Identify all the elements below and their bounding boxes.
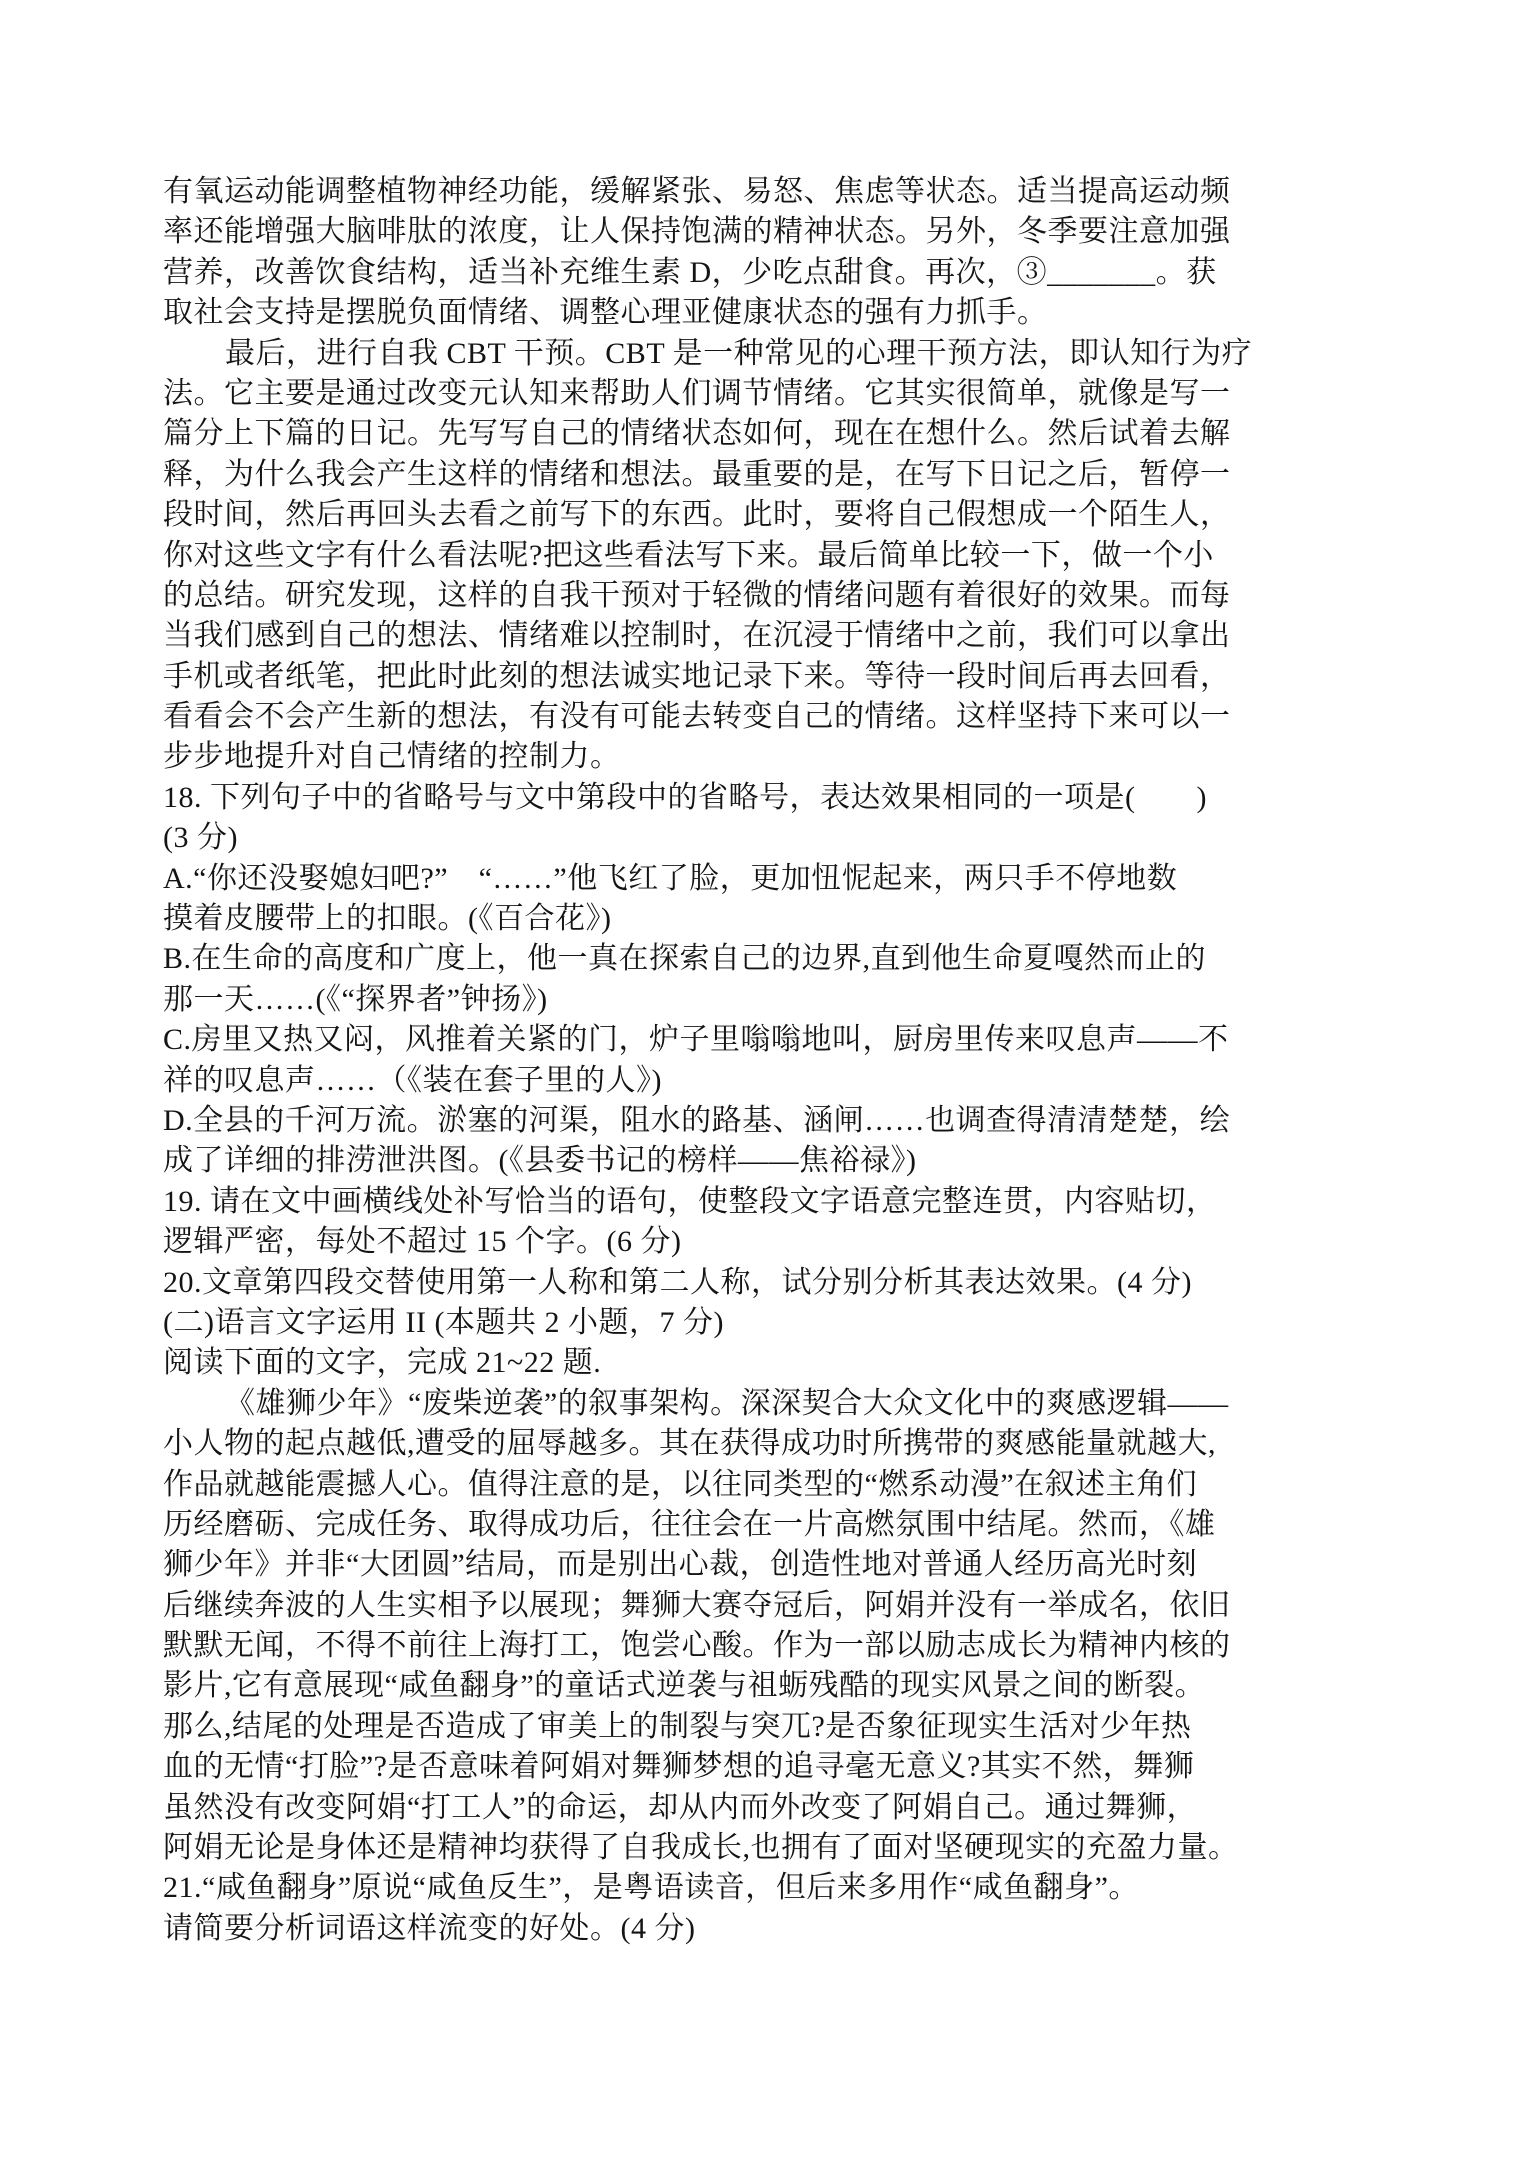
text-block: 有氧运动能调整植物神经功能，缓解紧张、易怒、焦虑等状态。适当提高运动频 率还能增… [163,172,1385,1949]
option-a-line: 摸着皮腰带上的扣眼。(《百合花》) [163,899,1385,939]
option-b-line: B.在生命的高度和广度上，他一真在探索自己的边界,直到他生命夏嘎然而止的 [163,939,1385,979]
text-line: 法。它主要是通过改变元认知来帮助人们调节情绪。它其实很简单，就像是写一 [163,374,1385,414]
option-c-line: 祥的叹息声……（《装在套子里的人》) [163,1061,1385,1101]
section-heading: (二)语言文字运用 II (本题共 2 小题，7 分) [163,1303,1385,1343]
option-d-line: D.全县的千河万流。淤塞的河渠，阻水的路基、涵闸……也调查得清清楚楚，绘 [163,1101,1385,1141]
text-line: 狮少年》并非“大团圆”结局，而是别出心裁，创造性地对普通人经历高光时刻 [163,1545,1385,1585]
text-line: 作品就越能震撼人心。值得注意的是，以往同类型的“燃系动漫”在叙述主角们 [163,1465,1385,1505]
text-line: 那么,结尾的处理是否造成了审美上的制裂与突兀?是否象征现实生活对少年热 [163,1707,1385,1747]
question-18-stem: 18. 下列句子中的省略号与文中第段中的省略号，表达效果相同的一项是( ) [163,778,1385,818]
text-line: 篇分上下篇的日记。先写写自己的情绪状态如何，现在在想什么。然后试着去解 [163,414,1385,454]
text-line: 影片,它有意展现“咸鱼翻身”的童话式逆袭与祖蛎残酷的现实风景之间的断裂。 [163,1666,1385,1706]
text-line: 你对这些文字有什么看法呢?把这些看法写下来。最后简单比较一下，做一个小 [163,536,1385,576]
paragraph-start-line: 《雄狮少年》“废柴逆袭”的叙事架构。深深契合大众文化中的爽感逻辑—— [163,1384,1385,1424]
text-line: 率还能增强大脑啡肽的浓度，让人保持饱满的精神状态。另外，冬季要注意加强 [163,212,1385,252]
reading-instruction: 阅读下面的文字，完成 21~22 题. [163,1343,1385,1383]
question-18-points: (3 分) [163,818,1385,858]
text-line: 取社会支持是摆脱负面情绪、调整心理亚健康状态的强有力抓手。 [163,293,1385,333]
text-line: 阿娟无论是身体还是精神均获得了自我成长,也拥有了面对坚硬现实的充盈力量。 [163,1828,1385,1868]
text-line: 段时间，然后再回头去看之前写下的东西。此时，要将自己假想成一个陌生人， [163,495,1385,535]
text-line: 当我们感到自己的想法、情绪难以控制时，在沉浸于情绪中之前，我们可以拿出 [163,616,1385,656]
text-line-with-blank: 营养，改善饮食结构，适当补充维生素 D，少吃点甜食。再次，③_______。获 [163,253,1385,293]
text-line: 小人物的起点越低,遭受的屈辱越多。其在获得成功时所携带的爽感能量就越大, [163,1424,1385,1464]
text-line: 的总结。研究发现，这样的自我干预对于轻微的情绪问题有着很好的效果。而每 [163,576,1385,616]
option-b-line: 那一天……(《“探界者”钟扬》) [163,980,1385,1020]
text-line: 手机或者纸笔，把此时此刻的想法诚实地记录下来。等待一段时间后再去回看， [163,657,1385,697]
text-line: 历经磨砺、完成任务、取得成功后，往往会在一片高燃氛围中结尾。然而，《雄 [163,1505,1385,1545]
text-line: 看看会不会产生新的想法，有没有可能去转变自己的情绪。这样坚持下来可以一 [163,697,1385,737]
question-20-stem: 20.文章第四段交替使用第一人称和第二人称，试分别分析其表达效果。(4 分) [163,1263,1385,1303]
text-line: 有氧运动能调整植物神经功能，缓解紧张、易怒、焦虑等状态。适当提高运动频 [163,172,1385,212]
text-line: 默默无闻，不得不前往上海打工，饱尝心酸。作为一部以励志成长为精神内核的 [163,1626,1385,1666]
option-d-line: 成了详细的排涝泄洪图。(《县委书记的榜样——焦裕禄》) [163,1141,1385,1181]
text-line: 释，为什么我会产生这样的情绪和想法。最重要的是，在写下日记之后，暂停一 [163,455,1385,495]
paragraph-start-line: 最后，进行自我 CBT 干预。CBT 是一种常见的心理干预方法，即认知行为疗 [163,334,1385,374]
question-19-stem: 逻辑严密，每处不超过 15 个字。(6 分) [163,1222,1385,1262]
question-21-stem: 请简要分析词语这样流变的好处。(4 分) [163,1909,1385,1949]
text-line: 虽然没有改变阿娟“打工人”的命运，却从内而外改变了阿娟自己。通过舞狮， [163,1788,1385,1828]
text-line: 步步地提升对自己情绪的控制力。 [163,737,1385,777]
option-a-line: A.“你还没娶媳妇吧?” “……”他飞红了脸，更加忸怩起来，两只手不停地数 [163,859,1385,899]
text-line: 血的无情“打脸”?是否意味着阿娟对舞狮梦想的追寻毫无意义?其实不然，舞狮 [163,1747,1385,1787]
option-c-line: C.房里又热又闷，风推着关紧的门，炉子里嗡嗡地叫，厨房里传来叹息声——不 [163,1020,1385,1060]
question-21-stem: 21.“咸鱼翻身”原说“咸鱼反生”，是粤语读音，但后来多用作“咸鱼翻身”。 [163,1868,1385,1908]
exam-page: 有氧运动能调整植物神经功能，缓解紧张、易怒、焦虑等状态。适当提高运动频 率还能增… [0,0,1536,2173]
text-line: 后继续奔波的人生实相予以展现；舞狮大赛夺冠后，阿娟并没有一举成名，依旧 [163,1586,1385,1626]
question-19-stem: 19. 请在文中画横线处补写恰当的语句，使整段文字语意完整连贯，内容贴切， [163,1182,1385,1222]
